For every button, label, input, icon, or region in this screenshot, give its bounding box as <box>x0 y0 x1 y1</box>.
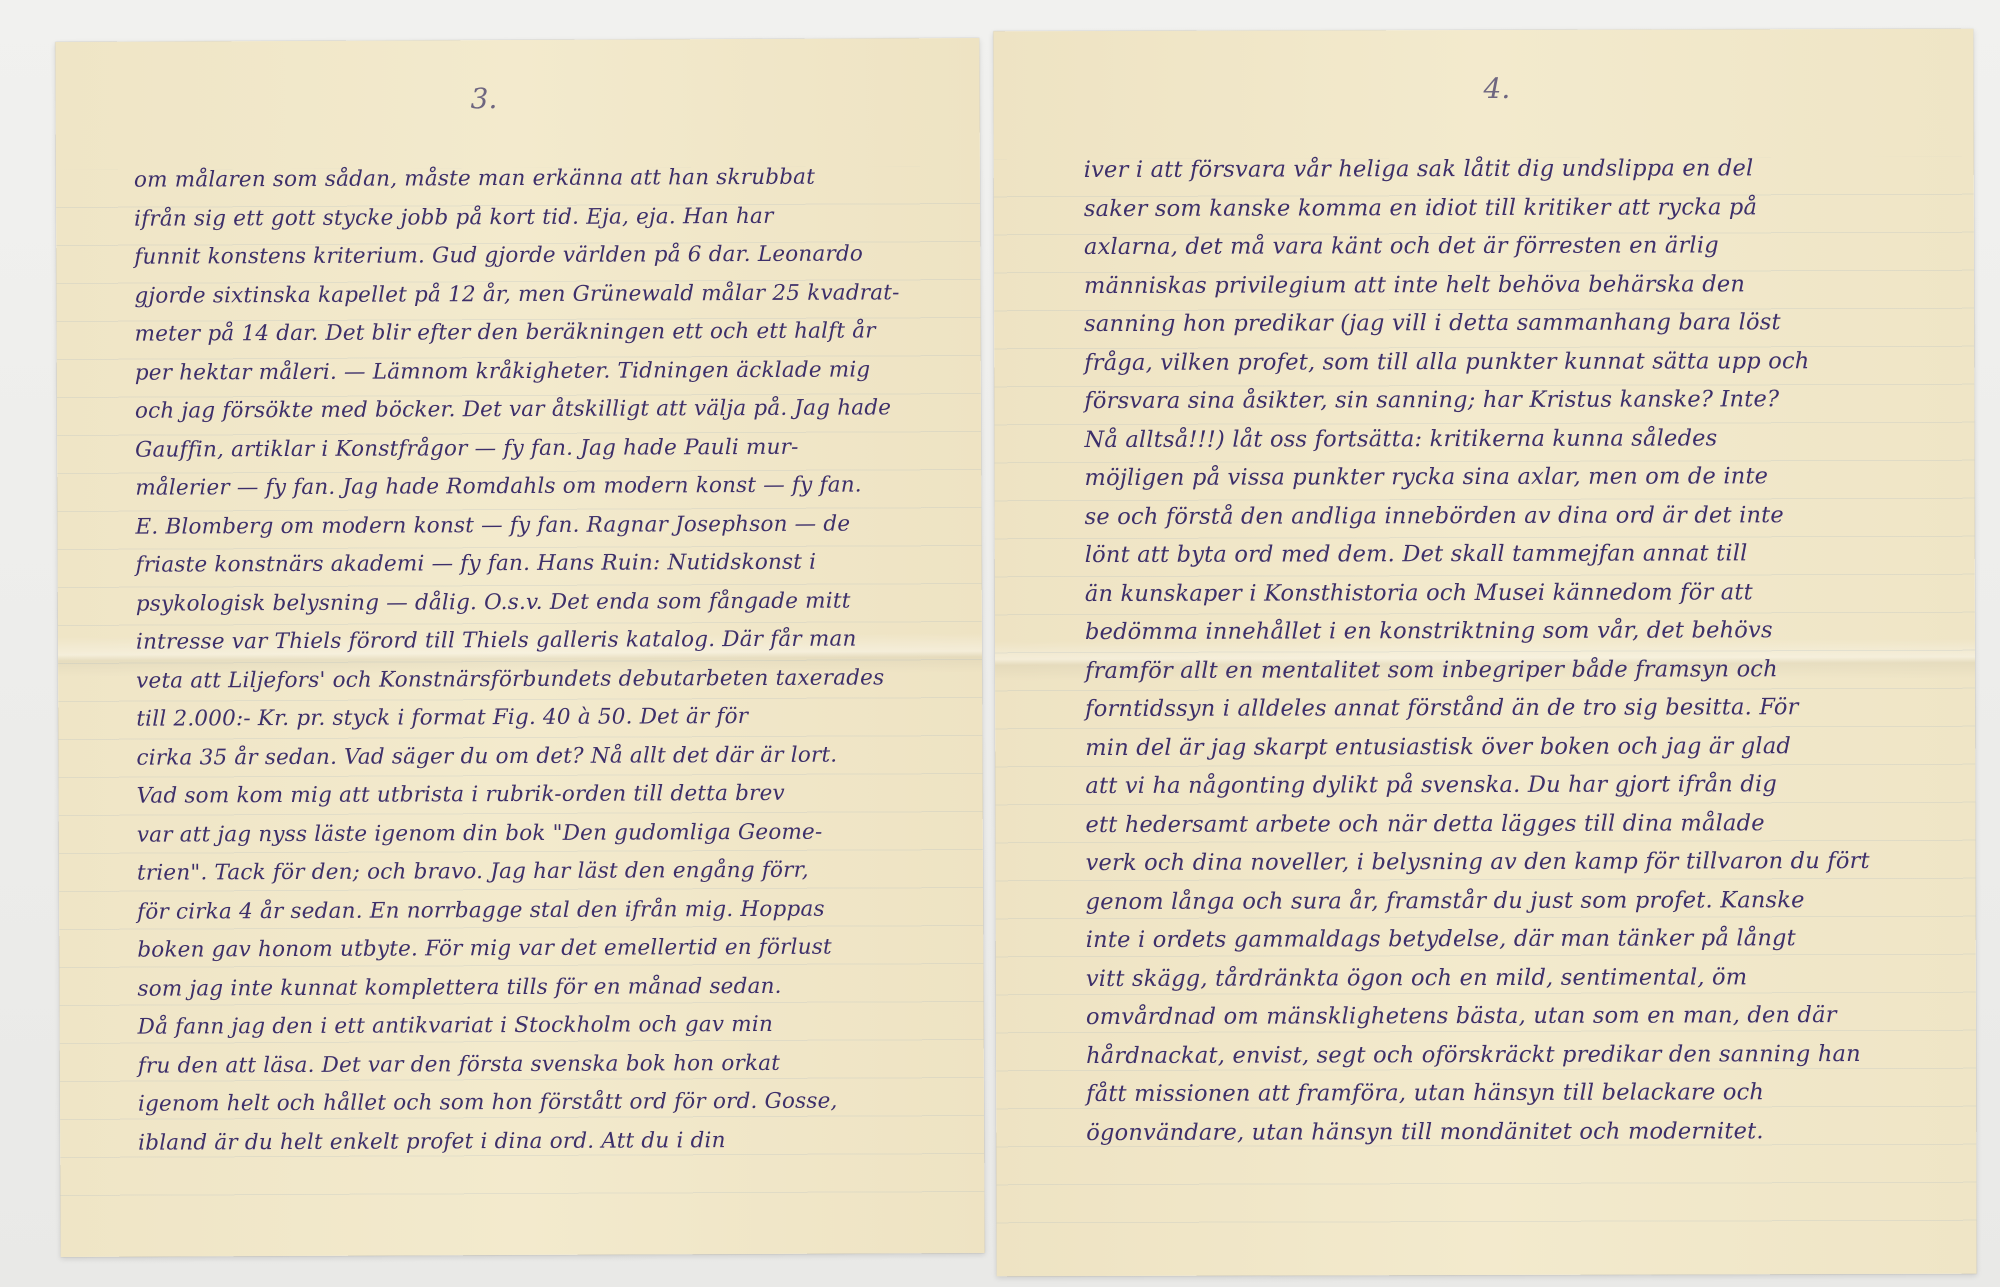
text-line: veta att Liljefors' och Konstnärsförbund… <box>136 659 952 701</box>
text-line: för cirka 4 år sedan. En norrbagge stal … <box>137 890 953 932</box>
text-line: att vi ha någonting dylikt på svenska. D… <box>1085 765 1945 806</box>
text-line: Gauffin, artiklar i Konstfrågor — fy fan… <box>135 428 951 470</box>
text-line: verk och dina noveller, i belysning av d… <box>1086 842 1946 883</box>
text-line: vitt skägg, tårdränkta ögon och en mild,… <box>1086 957 1946 998</box>
text-line: Nå alltså!!!) låt oss fortsätta: kritike… <box>1084 418 1944 459</box>
text-line: igenom helt och hållet och som hon först… <box>138 1082 954 1124</box>
text-line: axlarna, det må vara känt och det är för… <box>1084 226 1944 267</box>
text-line: min del är jag skarpt entusiastisk över … <box>1085 726 1945 767</box>
letter-page-3: 3. om målaren som sådan, måste man erkän… <box>55 38 984 1257</box>
text-line: ögonvändare, utan hänsyn till mondänitet… <box>1086 1111 1946 1152</box>
text-line: E. Blomberg om modern konst — fy fan. Ra… <box>135 505 951 547</box>
text-line: fru den att läsa. Det var den första sve… <box>138 1044 954 1086</box>
page-number: 3. <box>471 82 498 115</box>
text-line: per hektar måleri. — Lämnom kråkigheter.… <box>135 351 951 393</box>
page-number: 4. <box>1483 72 1510 105</box>
text-line: friaste konstnärs akademi — fy fan. Hans… <box>136 543 952 585</box>
text-line: än kunskaper i Konsthistoria och Musei k… <box>1085 572 1945 613</box>
handwritten-text: iver i att försvara vår heliga sak låtit… <box>994 149 1977 1153</box>
text-line: till 2.000:- Kr. pr. styck i format Fig.… <box>136 697 952 739</box>
handwritten-text: om målaren som sådan, måste man erkänna … <box>56 158 984 1163</box>
text-line: människas privilegium att inte helt behö… <box>1084 264 1944 305</box>
text-line: forntidssyn i alldeles annat förstånd än… <box>1085 688 1945 729</box>
text-line: och jag försökte med böcker. Det var åts… <box>135 389 951 431</box>
text-line: lönt att byta ord med dem. Det skall tam… <box>1085 534 1945 575</box>
text-line: gjorde sixtinska kapellet på 12 år, men … <box>134 274 950 316</box>
text-line: Vad som kom mig att utbrista i rubrik-or… <box>137 774 953 816</box>
text-line: omvårdnad om mänsklighetens bästa, utan … <box>1086 996 1946 1037</box>
text-line: trien". Tack för den; och bravo. Jag har… <box>137 851 953 893</box>
text-line: bedömma innehållet i en konstriktning so… <box>1085 611 1945 652</box>
text-line: ifrån sig ett gott stycke jobb på kort t… <box>134 197 950 239</box>
text-line: funnit konstens kriterium. Gud gjorde vä… <box>134 235 950 277</box>
text-line: cirka 35 år sedan. Vad säger du om det? … <box>136 736 952 778</box>
text-line: se och förstå den andliga innebörden av … <box>1085 495 1945 536</box>
text-line: inte i ordets gammaldags betydelse, där … <box>1086 919 1946 960</box>
text-line: försvara sina åsikter, sin sanning; har … <box>1084 380 1944 421</box>
text-line: fråga, vilken profet, som till alla punk… <box>1084 341 1944 382</box>
text-line: som jag inte kunnat komplettera tills fö… <box>137 967 953 1009</box>
text-line: ett hedersamt arbete och när detta lägge… <box>1085 803 1945 844</box>
text-line: intresse var Thiels förord till Thiels g… <box>136 620 952 662</box>
text-line: framför allt en mentalitet som inbegripe… <box>1085 649 1945 690</box>
text-line: Då fann jag den i ett antikvariat i Stoc… <box>138 1005 954 1047</box>
text-line: boken gav honom utbyte. För mig var det … <box>137 928 953 970</box>
text-line: om målaren som sådan, måste man erkänna … <box>134 158 950 200</box>
text-line: fått missionen att framföra, utan hänsyn… <box>1086 1073 1946 1114</box>
text-line: sanning hon predikar (jag vill i detta s… <box>1084 303 1944 344</box>
letter-page-4: 4. iver i att försvara vår heliga sak lå… <box>993 29 1976 1277</box>
text-line: var att jag nyss läste igenom din bok "D… <box>137 813 953 855</box>
text-line: iver i att försvara vår heliga sak låtit… <box>1084 149 1944 190</box>
text-line: psykologisk belysning — dålig. O.s.v. De… <box>136 582 952 624</box>
text-line: möjligen på vissa punkter rycka sina axl… <box>1084 457 1944 498</box>
text-line: genom långa och sura år, framstår du jus… <box>1086 880 1946 921</box>
text-line: ibland är du helt enkelt profet i dina o… <box>138 1121 954 1163</box>
text-line: meter på 14 dar. Det blir efter den berä… <box>135 312 951 354</box>
text-line: målerier — fy fan. Jag hade Romdahls om … <box>135 466 951 508</box>
text-line: hårdnackat, envist, segt och oförskräckt… <box>1086 1034 1946 1075</box>
document-photo: 3. om målaren som sådan, måste man erkän… <box>0 0 2000 1287</box>
text-line: saker som kanske komma en idiot till kri… <box>1084 187 1944 228</box>
